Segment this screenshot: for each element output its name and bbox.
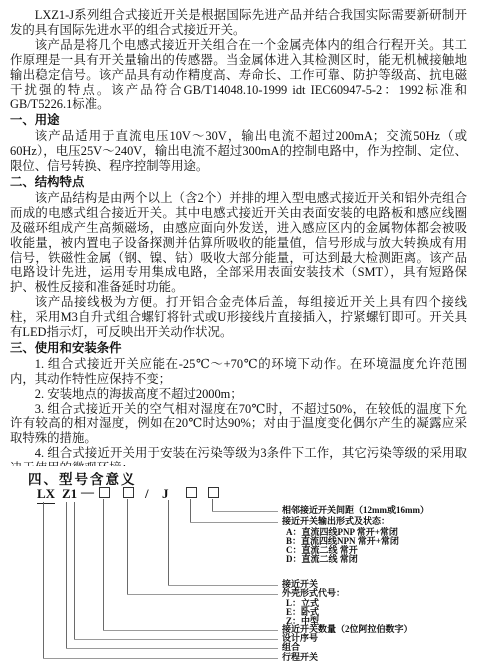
label-output-header: 接近开关输出形式及状态： [282, 517, 390, 526]
condition-item-1: 1. 组合式接近开关应能在-25℃～+70℃的环境下动作。在环境温度允许范围内，… [10, 357, 467, 387]
connector-line-travel-switch-h [43, 658, 278, 659]
connector-line-proximity [168, 500, 169, 585]
structure-paragraph-1: 该产品结构是由两个以上（含2个）并排的埋入型电感式接近开关和铝外壳组合而成的电感… [10, 191, 467, 295]
section-heading-conditions: 三、使用和安装条件 [10, 341, 467, 356]
label-combination: 组合 [282, 643, 300, 652]
usage-paragraph: 该产品适用于直流电压10V～30V，输出电流不超过200mA；交流50Hz（或6… [10, 129, 467, 174]
label-travel-switch: 行程开关 [282, 653, 318, 662]
label-output-option-d: D：直流二线 常闭 [286, 555, 358, 564]
connector-line-quantity-h [103, 630, 278, 631]
connector-line-design-serial [74, 502, 75, 639]
document-body: LXZ1-J系列组合式接近开关是根据国际先进产品并结合我国实际需要新研制开发的具… [0, 0, 477, 466]
model-placeholder-box-spacing [208, 487, 219, 498]
connector-line-quantity [103, 499, 104, 630]
condition-item-3: 3. 组合式接近开关的空气相对湿度在70℃时，不超过50%，在较低的温度下允许有… [10, 402, 467, 447]
connector-line-design-serial-h [74, 639, 278, 640]
connector-line-combination [66, 502, 67, 648]
condition-item-4: 4. 组合式接近开关用于安装在污染等级为3条件下工作，其它污染等级的采用取决于使… [10, 446, 467, 466]
connector-line-shell [127, 499, 128, 594]
model-placeholder-box-quantity [99, 487, 110, 498]
connector-line-shell-h [127, 594, 278, 595]
model-code-series: Z1 [62, 486, 77, 502]
connector-line-output [190, 499, 191, 522]
section-heading-structure: 二、结构特点 [10, 175, 467, 190]
condition-item-2: 2. 安装地点的海拔高度不超过2000m； [10, 387, 467, 402]
connector-line-output-h [190, 522, 278, 523]
connector-line-spacing [212, 499, 213, 511]
intro-paragraph-2: 该产品是将几个电感式接近开关组合在一个金属壳体内的组合行程开关。其工作原理是一具… [10, 38, 467, 113]
model-placeholder-box-shell [123, 487, 134, 498]
label-spacing: 相邻接近开关间距（12mm或16mm） [282, 506, 429, 515]
section-heading-usage: 一、用途 [10, 113, 467, 128]
model-code-slash: / [145, 486, 149, 502]
structure-paragraph-2: 该产品接线极为方便。打开铝合金壳体后盖，每组接近开关上具有四个接线柱，采用M3自… [10, 295, 467, 340]
label-shell-header: 外壳形式代号： [282, 589, 345, 598]
connector-line-proximity-h [168, 585, 278, 586]
model-code-prefix: LX [37, 486, 55, 504]
model-code-dash: — [81, 484, 94, 500]
connector-line-travel-switch [43, 502, 44, 658]
model-number-diagram: 四、型号含意义 LX Z1 — / J 相邻接近开关间距（12mm或16mm） … [0, 466, 477, 669]
intro-paragraph-1: LXZ1-J系列组合式接近开关是根据国际先进产品并结合我国实际需要新研制开发的具… [10, 8, 467, 38]
model-placeholder-box-output [186, 487, 197, 498]
connector-line-combination-h [66, 648, 278, 649]
connector-line-spacing-h [212, 511, 278, 512]
